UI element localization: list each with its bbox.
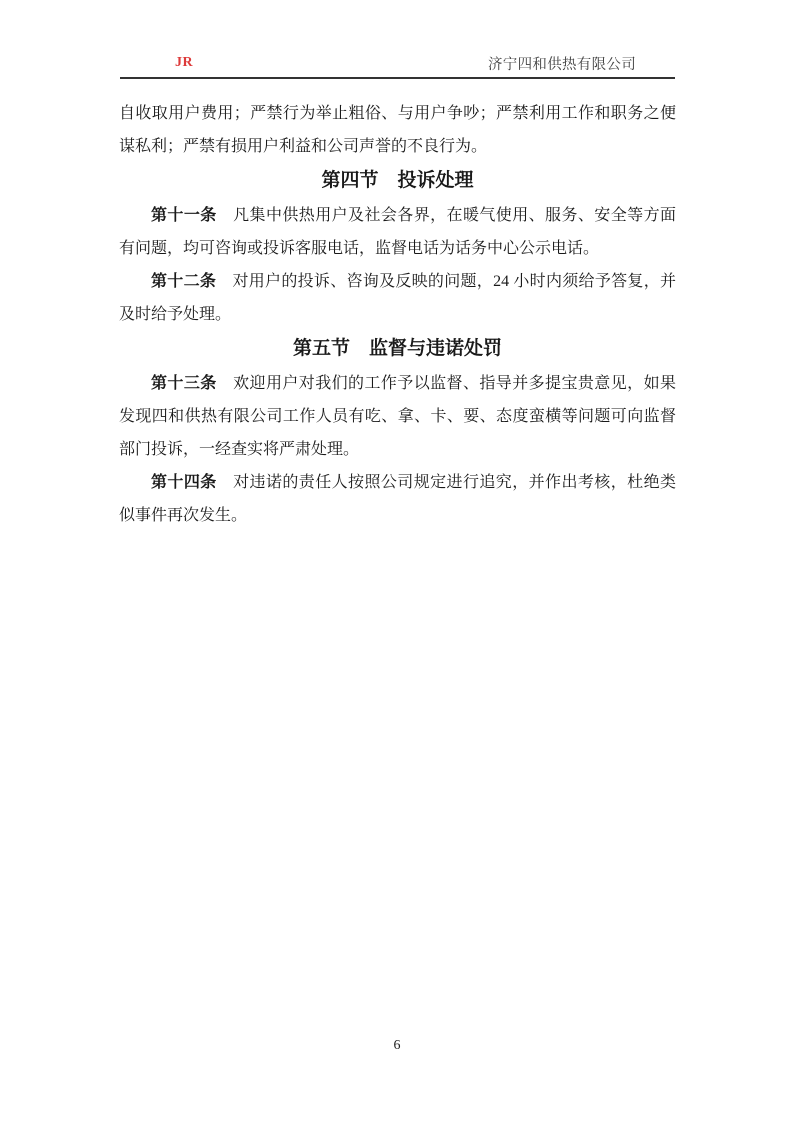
document-page: JR 济宁四和供热有限公司 自收取用户费用；严禁行为举止粗俗、与用户争吵；严禁利…	[0, 0, 794, 1123]
paragraph-text: 自收取用户费用；严禁行为举止粗俗、与用户争吵；严禁利用工作和职务之便谋私利；严禁…	[119, 105, 676, 155]
page-number: 6	[0, 1038, 794, 1054]
article-12-paragraph: 第十二条 对用户的投诉、咨询及反映的问题，24 小时内须给予答复，并及时给予处理…	[119, 265, 676, 331]
article-14-label: 第十四条	[151, 474, 217, 491]
paragraph-continuation: 自收取用户费用；严禁行为举止粗俗、与用户争吵；严禁利用工作和职务之便谋私利；严禁…	[119, 97, 676, 163]
article-11-paragraph: 第十一条 凡集中供热用户及社会各界，在暖气使用、服务、安全等方面有问题，均可咨询…	[119, 199, 676, 265]
header-rule	[120, 77, 675, 79]
company-logo: JR	[175, 55, 193, 71]
company-name: 济宁四和供热有限公司	[488, 53, 636, 74]
article-13-label: 第十三条	[151, 375, 217, 392]
article-12-label: 第十二条	[151, 273, 216, 290]
article-13-paragraph: 第十三条 欢迎用户对我们的工作予以监督、指导并多提宝贵意见，如果发现四和供热有限…	[119, 367, 676, 466]
section-heading-5: 第五节 监督与违诺处罚	[119, 331, 676, 367]
article-11-label: 第十一条	[151, 207, 217, 224]
section-heading-4: 第四节 投诉处理	[119, 163, 676, 199]
article-14-paragraph: 第十四条 对违诺的责任人按照公司规定进行追究，并作出考核，杜绝类似事件再次发生。	[119, 466, 676, 532]
document-body: 自收取用户费用；严禁行为举止粗俗、与用户争吵；严禁利用工作和职务之便谋私利；严禁…	[119, 97, 676, 532]
